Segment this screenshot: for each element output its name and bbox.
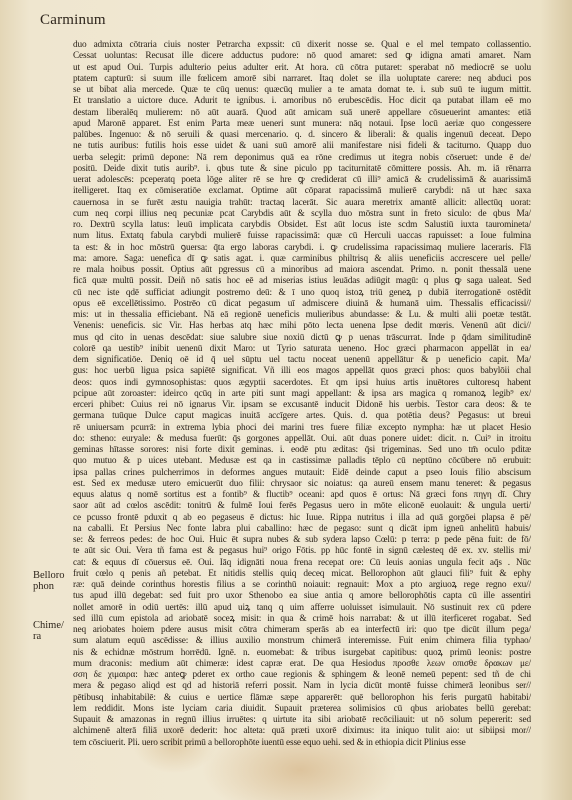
text-line: itelligeret. Itaq ex cōmiseratiōe exclam… <box>73 186 531 197</box>
text-line: pētibusq inhabitabilē: & cuius e uertice… <box>73 693 531 704</box>
text-line: Venenis: ueneficis. sic Vir. Has herbas … <box>73 321 531 332</box>
text-line: opus eē excellētissimo. Postrēo cū dicat… <box>73 299 531 310</box>
text-line: num litus. Extatq fabula carybdi mulierē… <box>73 231 531 242</box>
text-line: cat: & equus dī cōuersus eē. Oui. Iāq id… <box>73 558 531 569</box>
text-line: cum neq corpi illius neq pecuniæ pcat Ca… <box>73 209 531 220</box>
marginal-note-line: Belloro <box>33 570 73 581</box>
text-line: Cessat uoluntas: Recusat ille dicere add… <box>73 51 531 62</box>
text-line: sed illū cum epistola ad ariobatē soceꝝ … <box>73 614 531 625</box>
marginal-note-bellorophon: Belloro phon <box>33 570 73 592</box>
text-line: equus alatus q nomē sortitus est a fonti… <box>73 490 531 501</box>
text-line: na caballi. Et Persius Nec fonte labra p… <box>73 524 531 535</box>
text-line: ficā quæ multū possit. Deiñ nō satis hoc… <box>73 276 531 287</box>
text-line: ma: amore. Saga: uenefica dī ꝙ satis aga… <box>73 254 531 265</box>
text-line: ut est apud Oui. Turpis adulterio peius … <box>73 63 531 74</box>
text-line: ro. Dextrū scylla latus: leuū implicata … <box>73 220 531 231</box>
show-through-text <box>28 40 68 100</box>
text-line: neq ariobates hoiem pdere ausus misit cō… <box>73 625 531 636</box>
text-line: dem significatiōe. Deniq oē id q̄ uel sū… <box>73 355 531 366</box>
text-line: ræ: quā deinde corinthus horestis filius… <box>73 580 531 591</box>
text-line: palūbes. Ingenuo: & nō seruili & quasi m… <box>73 130 531 141</box>
marginal-note-line: Chime/ <box>33 620 73 631</box>
text-line: Supauit & amazonas in regnū illius irruē… <box>73 715 531 726</box>
text-line: est. Sed ex medusæ utero emicuerūt duo f… <box>73 479 531 490</box>
text-line: ce pcusso frontē pduxit q ab eo pegaseus… <box>73 513 531 524</box>
text-line: se ut bibat alia mercede. Quæ te cūq uen… <box>73 85 531 96</box>
text-line: tem cōsciuerit. Pli. uero scribit primū … <box>73 738 531 749</box>
text-line: lem reddidit. Mons iste lyciam caria diu… <box>73 704 531 715</box>
text-line: ptatem capturū: si suum ille fœlicem amo… <box>73 74 531 85</box>
text-line: se: & ferreos pedes: de hoc Oui. Huic ēt… <box>73 535 531 546</box>
marginal-note-line: ra <box>33 631 73 642</box>
text-line: cauernosa in se furēt æstu nauigia trahū… <box>73 198 531 209</box>
text-line: σση δε χιμαιρα: hæc anteꝙ pderet ex orth… <box>73 670 531 681</box>
text-line: cū nec iste qdē sufficiat adiungit postr… <box>73 288 531 299</box>
text-line: erceri phibet: Cuius rei nō ignarus Vir.… <box>73 400 531 411</box>
commentary-text-block: duo admixta cōtraria ciuis noster Petrar… <box>73 40 531 749</box>
text-line: quo mutuo & p uices utebant. Medusæ est … <box>73 456 531 467</box>
text-line: deos: quos indi gymnosophistas: quos ægy… <box>73 378 531 389</box>
text-line: mus qd cito in uenas descēdat: siue salu… <box>73 333 531 344</box>
text-line: ipsa pallas crines pulcherrimos in defor… <box>73 468 531 479</box>
text-line: re mala hoibus possit. Optius aūt pgress… <box>73 265 531 276</box>
text-line: rē uniuersam pcurrā: in extrema lybia ph… <box>73 423 531 434</box>
text-line: do: stheno: euryale: & medusa fuerūt: q̄… <box>73 434 531 445</box>
text-line: te aūt sic Oui. Vera tñ fama est & pegas… <box>73 546 531 557</box>
text-line: uerba selegit: primū depone: Nā rem depo… <box>73 153 531 164</box>
text-line: mera & pegaso aliqd est qd ad historiā r… <box>73 681 531 692</box>
text-line: destam liberalēq mulierem: nō aūt auarā.… <box>73 108 531 119</box>
text-line: pcipue aūt zoroaster: ideirco qcūq in ar… <box>73 389 531 400</box>
text-line: sum alatum equū ascēdisse: & illius auxi… <box>73 636 531 647</box>
text-line: geminas hītasse sorores: nisi forte dixi… <box>73 445 531 456</box>
text-line: germana tuūque Dulce caput magicas inuit… <box>73 411 531 422</box>
running-head: Carminum <box>40 12 106 29</box>
text-line: uerat adolescēs: pceperatq poeta lōge al… <box>73 175 531 186</box>
text-line: nis & echidnæ mōstrum horrēdū. Ignē. n. … <box>73 648 531 659</box>
text-line: alchimenē alterā filiā uxorē dederit: ho… <box>73 726 531 737</box>
text-line: mum draconis: medium aūt chimeræ: idest … <box>73 659 531 670</box>
text-line: gus: hoc uerbū ligua psica sapiētē signi… <box>73 366 531 377</box>
text-line: colorē qa uestib⁹ inibit uenenū dixit Ma… <box>73 344 531 355</box>
text-line: tus apud illū degebat: sed fuit pro uxor… <box>73 591 531 602</box>
marginal-note-line: phon <box>33 581 73 592</box>
marginal-note-chimera: Chime/ ra <box>33 620 73 642</box>
text-line: ne tutis auribus: futilis hois esse uide… <box>73 141 531 152</box>
text-line: positū. Deide dixit tutis aurib⁹. i. qbu… <box>73 164 531 175</box>
text-line: duo admixta cōtraria ciuis noster Petrar… <box>73 40 531 51</box>
text-line: apud Maronē apparet. Est enim Parta meæ … <box>73 119 531 130</box>
text-line: ta est: & in hoc mōstrū ꝯuersa: q̄ta erg… <box>73 243 531 254</box>
text-line: saor aūt ad cœlos ascēdit: tonitrū & ful… <box>73 501 531 512</box>
text-line: mis: ut in thessalia efficiebant. Nā eā … <box>73 310 531 321</box>
text-line: nollet amorē in odiū uertēs: illū apud u… <box>73 603 531 614</box>
text-line: Et translatio a uictore duce. Adurit te … <box>73 96 531 107</box>
text-line: fruit cœlo q penis añ petebat. Et nitidi… <box>73 569 531 580</box>
